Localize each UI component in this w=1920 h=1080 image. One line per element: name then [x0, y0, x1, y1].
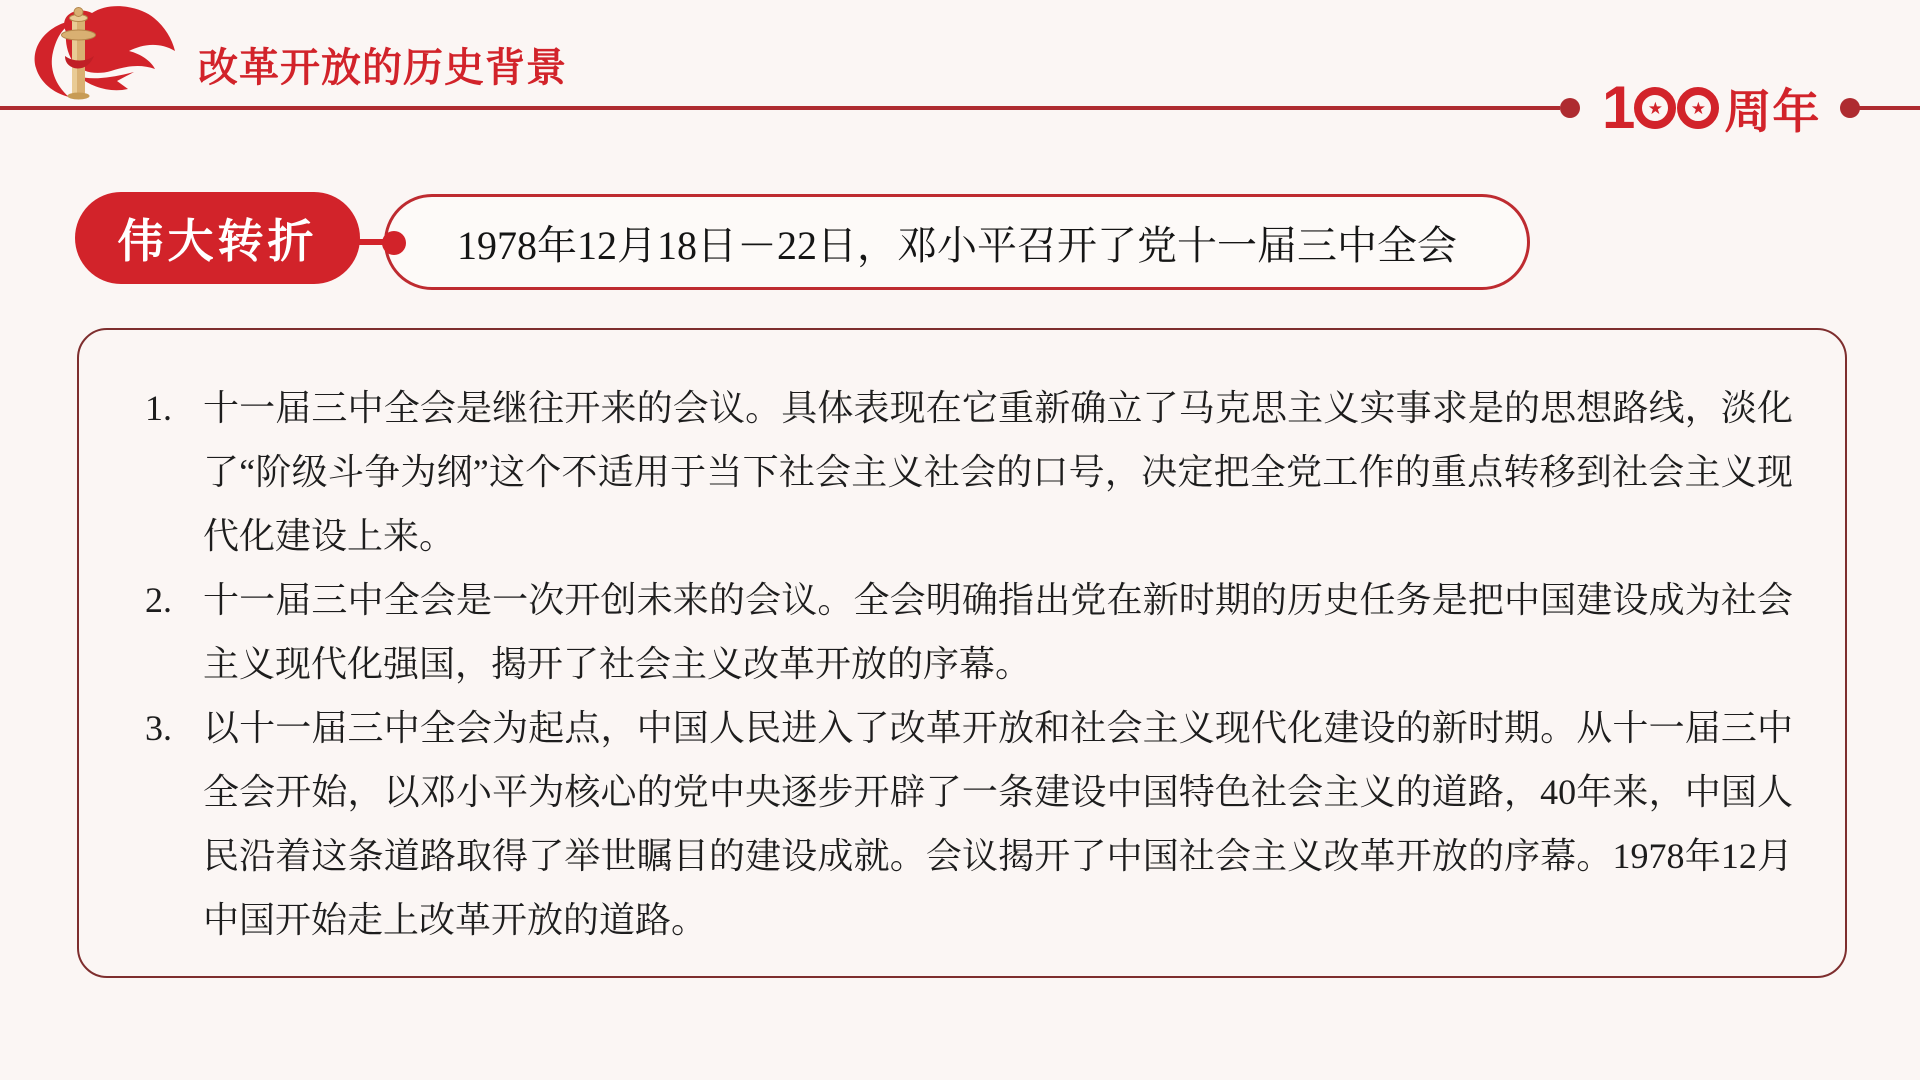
anniversary-logo: 1 ★ ★ 周年: [1602, 80, 1820, 136]
star-icon: ★: [1648, 100, 1663, 117]
list-item: 3. 以十一届三中全会为起点，中国人民进入了改革开放和社会主义现代化建设的新时期…: [145, 696, 1793, 952]
list-text: 十一届三中全会是继往开来的会议。具体表现在它重新确立了马克思主义实事求是的思想路…: [203, 376, 1793, 568]
list-number: 3.: [145, 696, 203, 760]
header-divider-left: [0, 106, 1560, 110]
list-text: 十一届三中全会是一次开创未来的会议。全会明确指出党在新时期的历史任务是把中国建设…: [203, 568, 1793, 696]
page-title: 改革开放的历史背景: [198, 44, 567, 92]
list-item: 1. 十一届三中全会是继往开来的会议。具体表现在它重新确立了马克思主义实事求是的…: [145, 376, 1793, 568]
star-icon: ★: [1691, 100, 1706, 117]
connector-dot: [382, 231, 406, 255]
divider-dot-left: [1560, 98, 1580, 118]
content-box: 1. 十一届三中全会是继往开来的会议。具体表现在它重新确立了马克思主义实事求是的…: [77, 328, 1847, 978]
anniversary-suffix: 周年: [1724, 75, 1820, 142]
list-text: 以十一届三中全会为起点，中国人民进入了改革开放和社会主义现代化建设的新时期。从十…: [203, 696, 1793, 952]
star-ring-icon: ★: [1677, 87, 1719, 129]
divider-dot-right: [1840, 98, 1860, 118]
date-callout: 1978年12月18日－22日，邓小平召开了党十一届三中全会: [384, 194, 1530, 290]
section-badge: 伟大转折: [75, 192, 360, 284]
list-number: 2.: [145, 568, 203, 632]
slide: 改革开放的历史背景 1 ★ ★ 周年 伟大转折 1978年12月18日－22日，…: [0, 0, 1920, 1080]
star-ring-icon: ★: [1634, 87, 1676, 129]
anniversary-digit: 1: [1602, 80, 1633, 136]
list-item: 2. 十一届三中全会是一次开创未来的会议。全会明确指出党在新时期的历史任务是把中…: [145, 568, 1793, 696]
header-divider-right: [1858, 106, 1920, 110]
list-number: 1.: [145, 376, 203, 440]
flag-emblem-icon: [20, 4, 178, 104]
